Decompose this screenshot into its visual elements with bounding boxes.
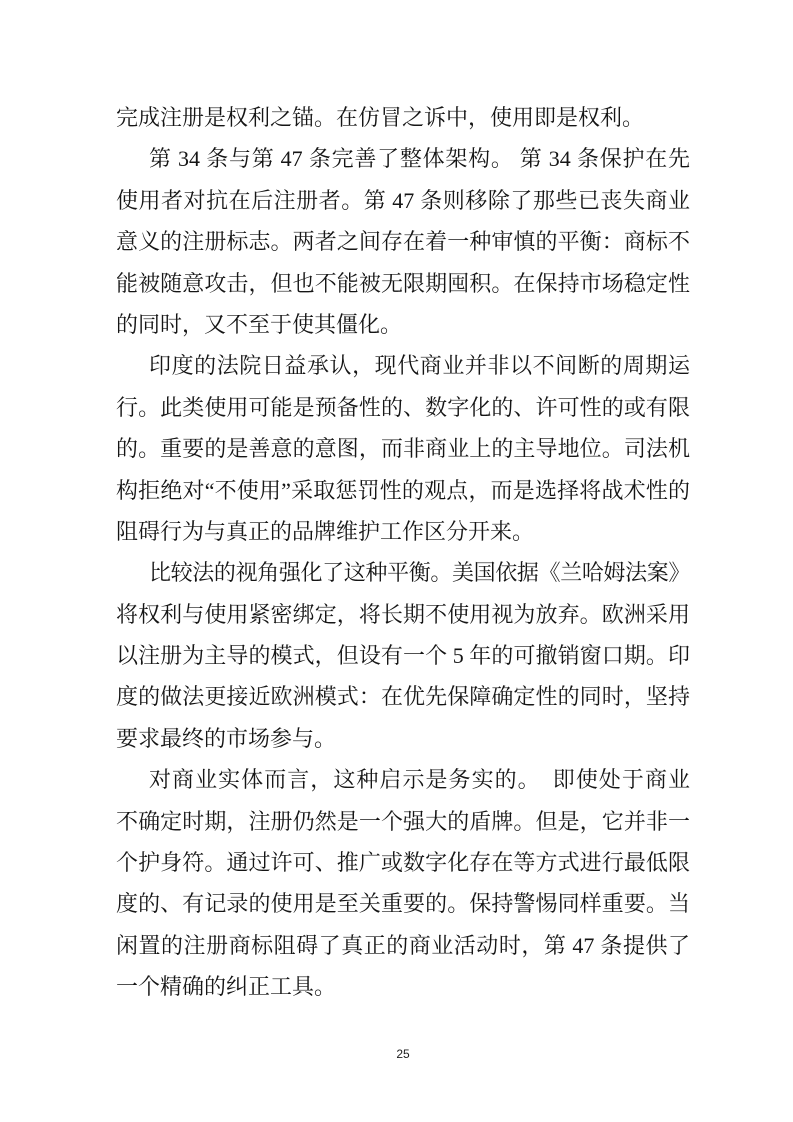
text-line: 印度的法院日益承认，现代商业并非以不间断的周期运 (116, 345, 690, 386)
text-line: 使用者对抗在后注册者。第 47 条则移除了那些已丧失商业 (116, 180, 690, 221)
text-line: 将权利与使用紧密绑定，将长期不使用视为放弃。欧洲采用 (116, 594, 690, 635)
text-line: 一个精确的纠正工具。 (116, 966, 690, 1007)
text-line: 对商业实体而言，这种启示是务实的。 即使处于商业 (116, 759, 690, 800)
text-line: 完成注册是权利之锚。在仿冒之诉中，使用即是权利。 (116, 97, 690, 138)
text-line: 度的做法更接近欧洲模式：在优先保障确定性的同时，坚持 (116, 676, 690, 717)
text-line: 行。此类使用可能是预备性的、数字化的、许可性的或有限 (116, 387, 690, 428)
text-line: 比较法的视角强化了这种平衡。美国依据《兰哈姆法案》 (116, 552, 690, 593)
text-line: 意义的注册标志。两者之间存在着一种审慎的平衡：商标不 (116, 221, 690, 262)
text-line: 以注册为主导的模式，但设有一个 5 年的可撤销窗口期。印 (116, 635, 690, 676)
document-page: 完成注册是权利之锚。在仿冒之诉中，使用即是权利。 第 34 条与第 47 条完善… (0, 0, 793, 1122)
text-line: 不确定时期，注册仍然是一个强大的盾牌。但是，它并非一 (116, 801, 690, 842)
text-line: 要求最终的市场参与。 (116, 718, 690, 759)
text-line: 闲置的注册商标阻碍了真正的商业活动时，第 47 条提供了 (116, 925, 690, 966)
text-line: 第 34 条与第 47 条完善了整体架构。 第 34 条保护在先 (116, 138, 690, 179)
page-number: 25 (116, 1046, 690, 1062)
text-line: 个护身符。通过许可、推广或数字化存在等方式进行最低限 (116, 842, 690, 883)
body-text: 完成注册是权利之锚。在仿冒之诉中，使用即是权利。 第 34 条与第 47 条完善… (116, 97, 690, 1008)
text-line: 构拒绝对“不使用”采取惩罚性的观点，而是选择将战术性的 (116, 470, 690, 511)
text-line: 的同时，又不至于使其僵化。 (116, 304, 690, 345)
text-line: 的。重要的是善意的意图，而非商业上的主导地位。司法机 (116, 428, 690, 469)
text-line: 能被随意攻击，但也不能被无限期囤积。在保持市场稳定性 (116, 263, 690, 304)
text-line: 度的、有记录的使用是至关重要的。保持警惕同样重要。当 (116, 883, 690, 924)
text-line: 阻碍行为与真正的品牌维护工作区分开来。 (116, 511, 690, 552)
